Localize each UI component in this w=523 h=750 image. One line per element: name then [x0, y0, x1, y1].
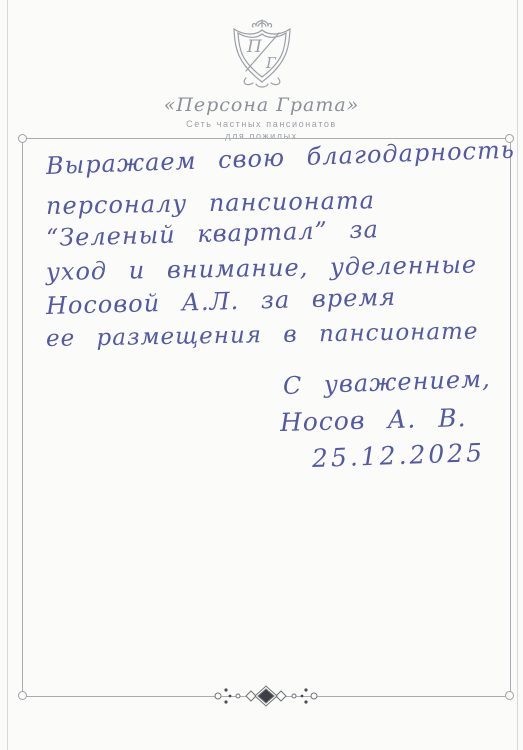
frame-corner-circle-top-left: [18, 134, 27, 143]
handwritten-line: уход и внимание, уделенные: [46, 252, 478, 284]
letterhead: П Г «Персона Грата» Сеть частных пансион…: [0, 14, 523, 141]
frame-corner-circle-bottom-right: [505, 691, 514, 700]
brand-subtitle-line1: Сеть частных пансионатов: [0, 119, 523, 129]
frame-corner-circle-bottom-left: [18, 691, 27, 700]
monogram-top-letter: П: [246, 37, 263, 57]
monogram-bottom-letter: Г: [265, 54, 277, 72]
handwritten-closing: С уважением,: [283, 367, 491, 398]
bottom-ornament-icon: [205, 683, 327, 709]
shield-logo-icon: П Г: [220, 14, 304, 92]
brand-title: «Персона Грата»: [0, 94, 523, 116]
handwritten-date: 25.12.2025: [312, 440, 486, 471]
handwritten-signature: Носов А. В.: [280, 405, 467, 435]
scanned-letter-page: П Г «Персона Грата» Сеть частных пансион…: [0, 0, 523, 750]
handwritten-line: персоналу пансионата: [46, 188, 375, 218]
